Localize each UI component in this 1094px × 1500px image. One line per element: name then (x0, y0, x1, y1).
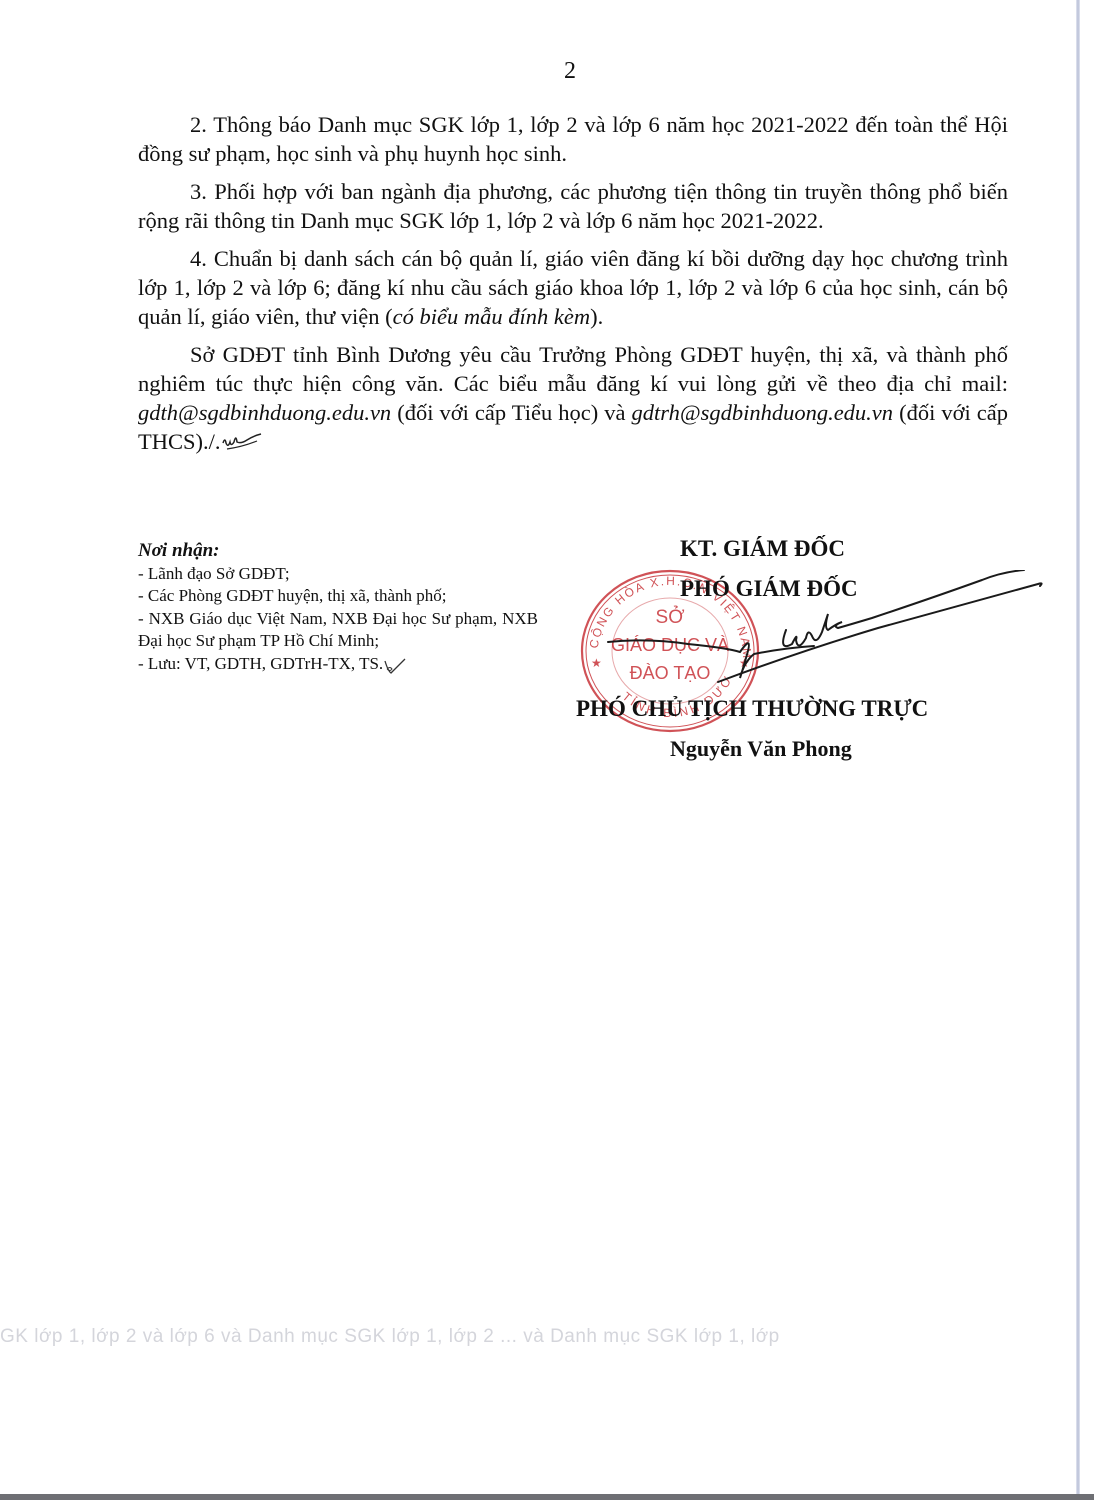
closing-text: Sở GDĐT tỉnh Bình Dương yêu cầu Trưởng P… (138, 342, 1008, 396)
page-bottom-edge (0, 1494, 1094, 1500)
closing-middle: (đối với cấp Tiểu học) và (391, 400, 631, 425)
signer-name: Nguyễn Văn Phong (670, 736, 852, 762)
paragraph-4: 4. Chuẩn bị danh sách cán bộ quản lí, gi… (138, 244, 1008, 331)
bleed-through-text: GK lớp 1, lớp 2 và lớp 6 và Danh mục SGK… (0, 1326, 1094, 1348)
paragraph-3: 3. Phối hợp với ban ngành địa phương, cá… (138, 177, 1008, 235)
paragraph-2: 2. Thông báo Danh mục SGK lớp 1, lớp 2 v… (138, 110, 1008, 168)
email-primary-link[interactable]: gdth@sgdbinhduong.edu.vn (138, 400, 391, 425)
paragraph-4-end: ). (590, 304, 603, 329)
document-body: 2. Thông báo Danh mục SGK lớp 1, lớp 2 v… (138, 110, 1008, 469)
attachment-note: có biểu mẫu đính kèm (393, 304, 590, 329)
recipient-item: - Lãnh đạo Sở GDĐT; (138, 563, 538, 586)
page-number: 2 (0, 58, 1094, 85)
initials-check-icon (383, 655, 409, 675)
page-right-edge (1076, 0, 1080, 1494)
recipients-title: Nơi nhận: (138, 540, 538, 563)
recipient-item: - Lưu: VT, GDTH, GDTrH-TX, TS. (138, 653, 538, 676)
email-secondary-link[interactable]: gdtrh@sgdbinhduong.edu.vn (632, 400, 894, 425)
handwritten-signature (590, 570, 1050, 730)
signature-title-line1: KT. GIÁM ĐỐC (680, 536, 845, 562)
recipient-item: - NXB Giáo dục Việt Nam, NXB Đại học Sư … (138, 608, 538, 653)
recipients-block: Nơi nhận: - Lãnh đạo Sở GDĐT; - Các Phòn… (138, 540, 538, 675)
closing-paragraph: Sở GDĐT tỉnh Bình Dương yêu cầu Trưởng P… (138, 340, 1008, 460)
initials-mark (221, 438, 265, 453)
recipient-item: - Các Phòng GDĐT huyện, thị xã, thành ph… (138, 585, 538, 608)
